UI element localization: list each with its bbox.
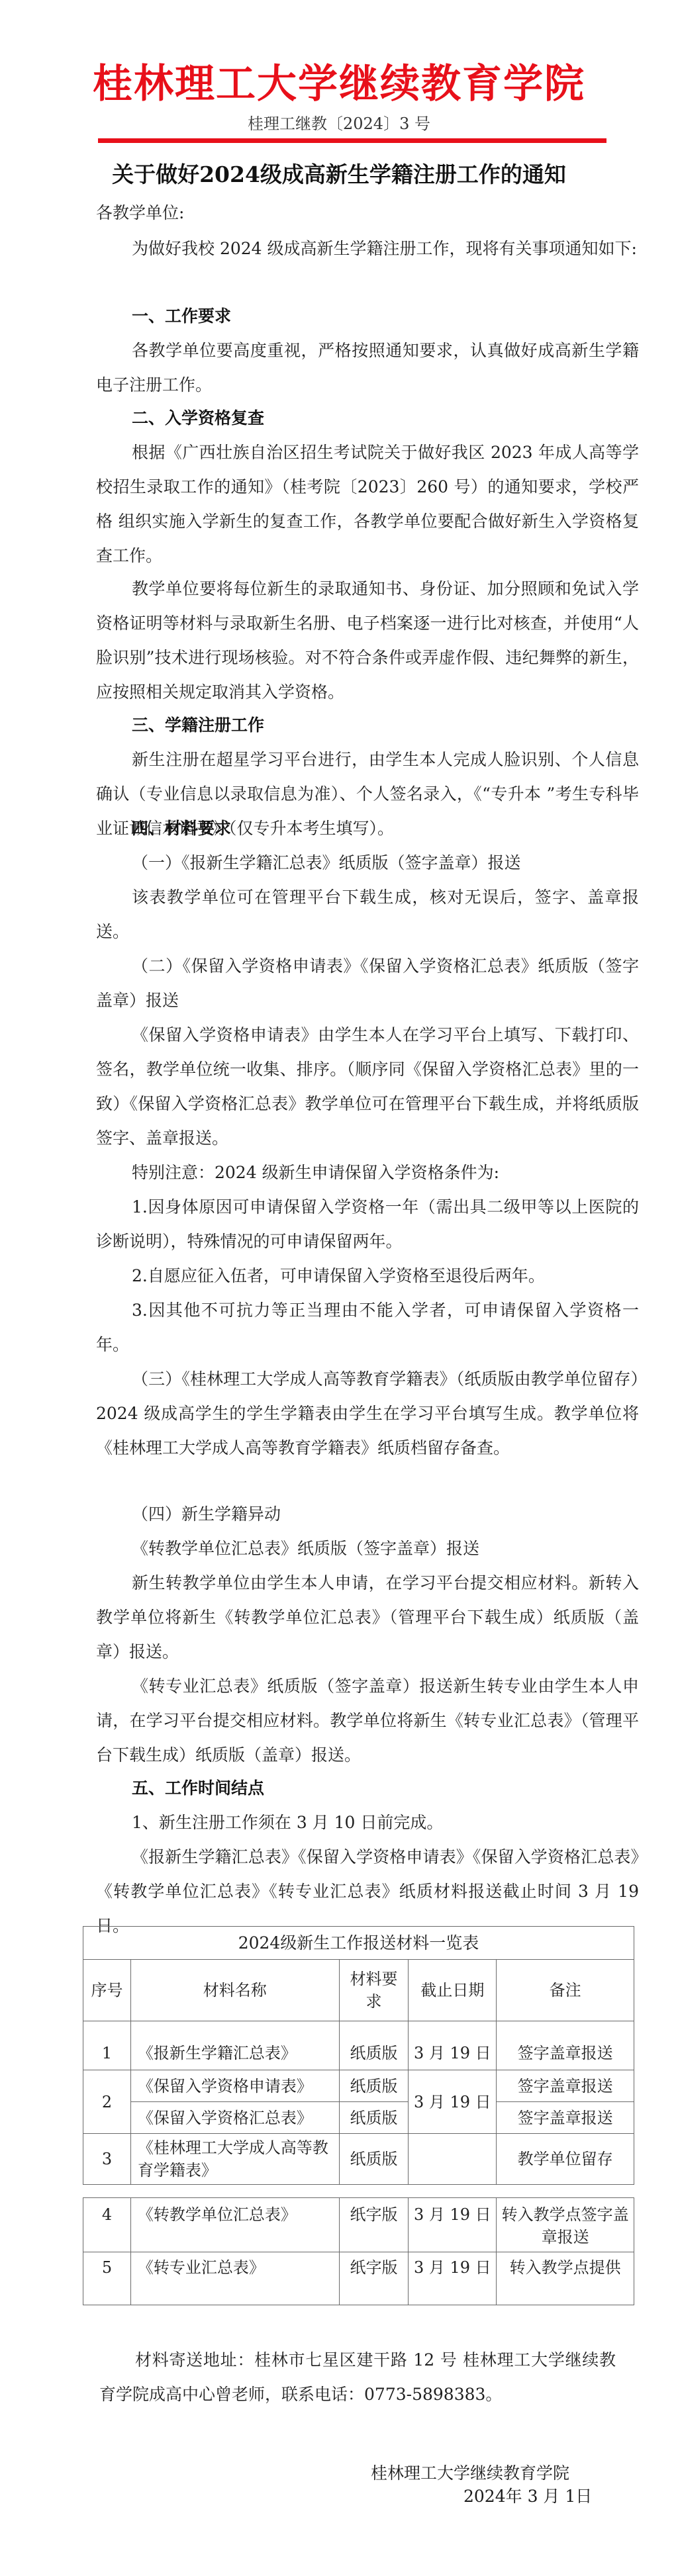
section-4-heading: 四、材料要求: [96, 811, 639, 846]
table-row: 4 《转教学单位汇总表》 纸字版 3 月 19 日 转入教学点签字盖章报送: [83, 2198, 634, 2252]
document-number: 桂理工继教〔2024〕3 号: [0, 114, 678, 134]
section-4-sub4-heading: （四）新生学籍异动: [96, 1497, 639, 1532]
special-note-intro: 特别注意：2024 级新生申请保留入学资格条件为:: [96, 1156, 639, 1190]
header-requirement: 材料要求: [339, 1960, 409, 2021]
section-4-sub4-paragraph-1: 新生转教学单位由学生本人申请，在学习平台提交相应材料。新转入 教学单位将新生《转…: [96, 1566, 639, 1669]
section-2-paragraph-2: 教学单位要将每位新生的录取通知书、身份证、加分照顾和免试入学资格证明等材料与录取…: [96, 572, 639, 710]
salutation: 各教学单位:: [96, 196, 639, 230]
table-row: 2 《保留入学资格申请表》 纸质版 3 月 19 日 签字盖章报送: [83, 2070, 634, 2102]
table-row: 3 《桂林理工大学成人高等教 育学籍表》 纸质版 教学单位留存: [83, 2134, 634, 2185]
section-4-sub4-paragraph-2: 《转专业汇总表》纸质版（签字盖章）报送新生转专业由学生本人申请，在学习平台提交相…: [96, 1669, 639, 1772]
section-2-heading: 二、入学资格复查: [96, 401, 639, 436]
section-4-sub2-paragraph: 《保留入学资格申请表》由学生本人在学习平台上填写、下载打印、 签名，教学单位统一…: [96, 1018, 639, 1156]
section-3-heading: 三、学籍注册工作: [96, 708, 639, 743]
table-row: 1 《报新生学籍汇总表》 纸质版 3 月 19 日 签字盖章报送: [83, 2021, 634, 2070]
table-row: 《保留入学资格汇总表》 纸质版 签字盖章报送: [83, 2102, 634, 2134]
header-note: 备注: [497, 1960, 634, 2021]
section-5-paragraph-1: 1、新生注册工作须在 3 月 10 日前完成。: [96, 1806, 639, 1840]
section-1-paragraph: 各教学单位要高度重视，严格按照通知要求，认真做好成高新生学籍电子注册工作。: [96, 334, 639, 402]
table-caption: 2024级新生工作报送材料一览表: [83, 1927, 634, 1960]
masthead-organization: 桂林理工大学继续教育学院: [0, 61, 678, 107]
document-title: 关于做好2024级成高新生学籍注册工作的通知: [0, 160, 678, 189]
section-2-paragraph-1: 根据《广西壮族自治区招生考试院关于做好我区 2023 年成人高等学 校招生录取工…: [96, 436, 639, 573]
header-deadline: 截止日期: [409, 1960, 497, 2021]
section-4-sub4-line: 《转教学单位汇总表》纸质版（签字盖章）报送: [96, 1532, 639, 1566]
section-4-sub2-heading: （二）《保留入学资格申请表》《保留入学资格汇总表》纸质版（签字盖章）报送: [96, 949, 639, 1018]
signature-date: 2024年 3 月 1日: [463, 2485, 592, 2508]
materials-table: 2024级新生工作报送材料一览表 序号 材料名称 材料要求 截止日期 备注 1 …: [83, 1926, 634, 2185]
section-1-heading: 一、工作要求: [96, 299, 639, 334]
signature-organization: 桂林理工大学继续教育学院: [371, 2462, 569, 2485]
header-name: 材料名称: [130, 1960, 339, 2021]
special-note-2: 2.自愿应征入伍者，可申请保留入学资格至退役后两年。: [96, 1259, 639, 1293]
red-divider: [98, 138, 606, 143]
section-4-sub1-paragraph: 该表教学单位可在管理平台下载生成，核对无误后，签字、盖章报送。: [96, 880, 639, 949]
section-4-sub1-heading: （一）《报新生学籍汇总表》纸质版（签字盖章）报送: [96, 846, 639, 880]
table-row: 5 《转专业汇总表》 纸字版 3 月 19 日 转入教学点提供: [83, 2252, 634, 2305]
special-note-1: 1.因身体原因可申请保留入学资格一年（需出具二级甲等以上医院的诊断说明），特殊情…: [96, 1190, 639, 1259]
header-no: 序号: [83, 1960, 131, 2021]
table-header-row: 序号 材料名称 材料要求 截止日期 备注: [83, 1960, 634, 2021]
contact-paragraph: 材料寄送地址：桂林市七星区建干路 12 号 桂林理工大学继续教育学院成高中心曾老…: [99, 2343, 616, 2412]
section-5-heading: 五、工作时间结点: [96, 1771, 639, 1806]
special-note-3: 3.因其他不可抗力等正当理由不能入学者，可申请保留入学资格一年。: [96, 1293, 639, 1362]
intro-paragraph: 为做好我校 2024 级成高新生学籍注册工作，现将有关事项通知如下:: [96, 232, 639, 266]
materials-table-continued: 4 《转教学单位汇总表》 纸字版 3 月 19 日 转入教学点签字盖章报送 5 …: [83, 2197, 634, 2305]
section-4-sub3-paragraph: （三）《桂林理工大学成人高等教育学籍表》（纸质版由教学单位留存）2024 级成高…: [96, 1362, 639, 1465]
